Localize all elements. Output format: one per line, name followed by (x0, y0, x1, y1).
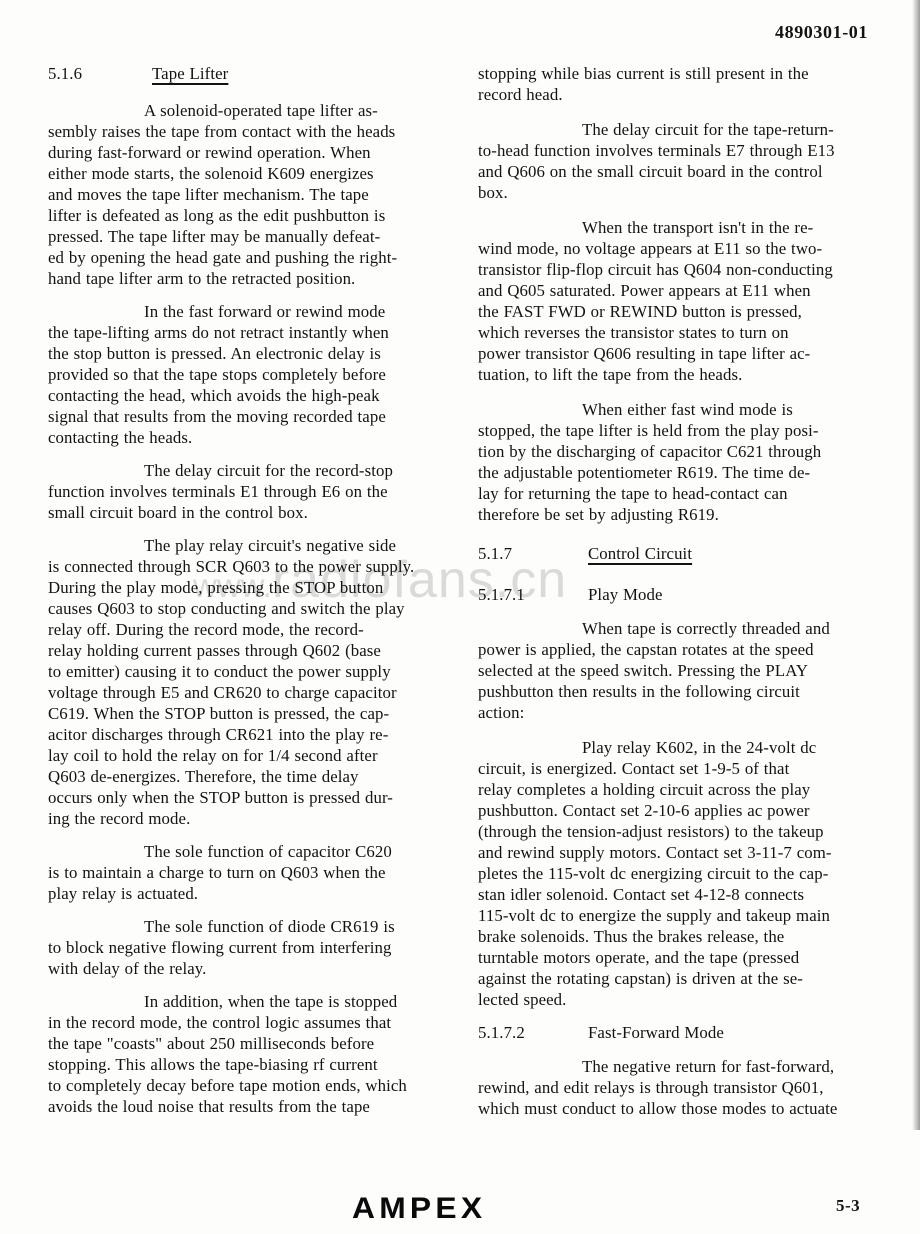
section-number: 5.1.6 (48, 63, 152, 84)
paragraph-fast-wind-stop: When either fast wind mode is stopped, t… (478, 399, 910, 525)
paragraph-tape-coast: In addition, when the tape is stopped in… (48, 991, 460, 1117)
paragraph-capacitor-c620: The sole function of capacitor C620 is t… (48, 841, 460, 904)
document-number: 4890301-01 (775, 22, 868, 43)
paragraph-tape-lifter-2: In the fast forward or rewind mode the t… (48, 301, 460, 448)
page-number: 5-3 (836, 1196, 860, 1216)
paragraph-tape-return-delay: The delay circuit for the tape-return- t… (478, 119, 910, 203)
ampex-logo: AMPEX (352, 1194, 486, 1224)
section-title: Tape Lifter (152, 63, 228, 84)
section-number: 5.1.7.1 (478, 584, 588, 605)
paragraph-tape-lifter-1: A solenoid-operated tape lifter as- semb… (48, 100, 460, 289)
paragraph-record-stop-delay: The delay circuit for the record-stop fu… (48, 460, 460, 523)
section-number: 5.1.7 (478, 543, 588, 564)
section-heading-5-1-7: 5.1.7 Control Circuit (478, 543, 910, 564)
section-title: Control Circuit (588, 543, 692, 564)
section-heading-5-1-6: 5.1.6 Tape Lifter (48, 63, 460, 84)
scan-edge-artifact (912, 0, 920, 1130)
paragraph-play-mode-intro: When tape is correctly threaded and powe… (478, 618, 910, 723)
left-column: 5.1.6 Tape Lifter A solenoid-operated ta… (48, 55, 460, 1117)
paragraph-flip-flop: When the transport isn't in the re- wind… (478, 217, 910, 385)
right-column: stopping while bias current is still pre… (478, 55, 910, 1119)
paragraph-play-relay-k602: Play relay K602, in the 24-volt dc circu… (478, 737, 910, 1010)
paragraph-diode-cr619: The sole function of diode CR619 is to b… (48, 916, 460, 979)
paragraph-fast-forward-mode: The negative return for fast-forward, re… (478, 1056, 910, 1119)
paragraph-tape-coast-continued: stopping while bias current is still pre… (478, 63, 910, 105)
manual-page: 4890301-01 www.radiofans.cn 5.1.6 Tape L… (0, 0, 920, 1234)
paragraph-play-relay: The play relay circuit's negative side i… (48, 535, 460, 829)
section-heading-5-1-7-2: 5.1.7.2 Fast-Forward Mode (478, 1022, 910, 1043)
section-heading-5-1-7-1: 5.1.7.1 Play Mode (478, 584, 910, 605)
section-number: 5.1.7.2 (478, 1022, 588, 1043)
section-title: Fast-Forward Mode (588, 1022, 724, 1043)
section-title: Play Mode (588, 584, 663, 605)
